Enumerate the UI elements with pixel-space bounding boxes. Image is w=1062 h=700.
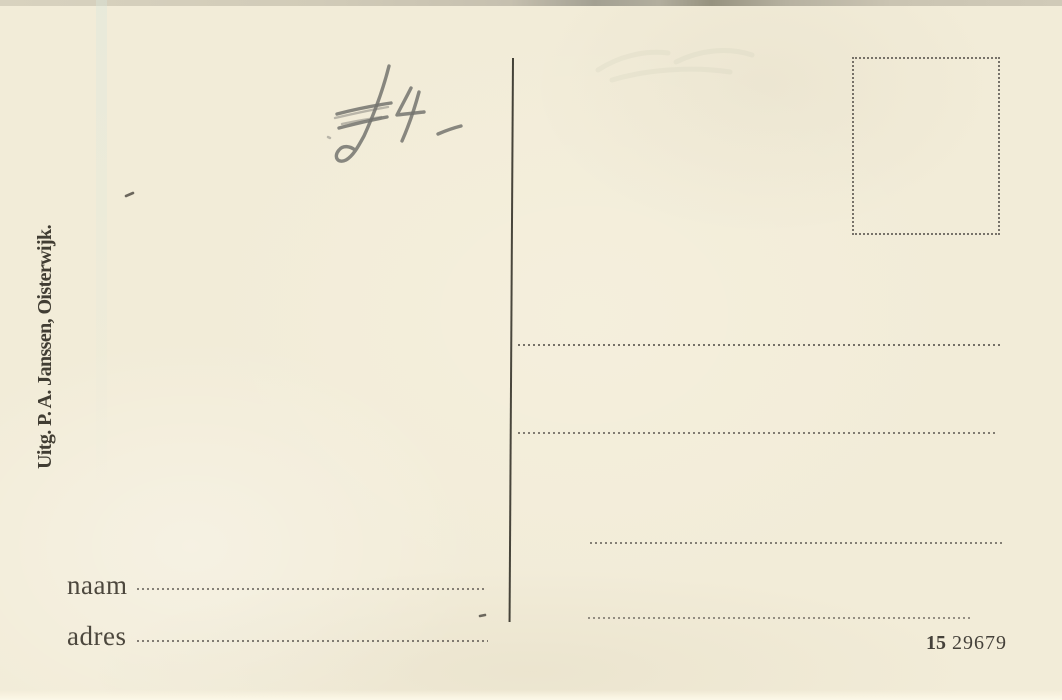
pencil-price-glyphs <box>328 66 461 161</box>
handwritten-price-annotation <box>0 0 1062 700</box>
pencil-dash-marks <box>126 193 485 616</box>
postcard-back: Uitg. P. A. Janssen, Oisterwijk. naam ad… <box>0 0 1062 700</box>
faint-pencil-marks <box>598 51 752 80</box>
card-bottom-edge <box>0 690 1062 700</box>
